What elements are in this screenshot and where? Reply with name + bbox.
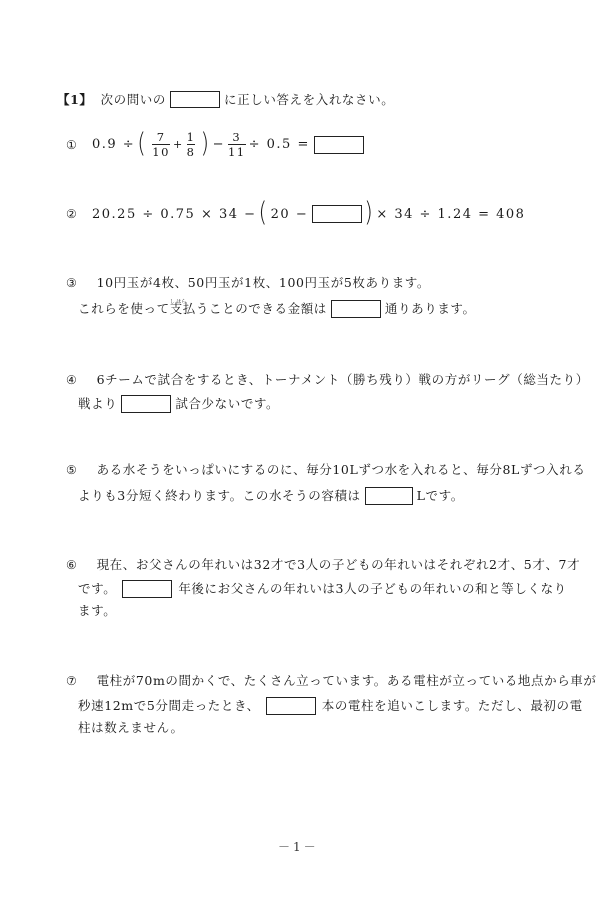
- ruby-word: し はら 支払: [170, 301, 196, 317]
- section-header: 【1】 次の問いの に正しい答えを入れなさい。: [57, 91, 394, 108]
- instruction-text-after: に正しい答えを入れなさい。: [224, 92, 394, 108]
- question-text: 年後にお父さんの年れいは3人の子どもの年れいの和と等しくなり: [178, 581, 566, 597]
- question-text: 戦より: [78, 396, 117, 412]
- question-text: 現在、お父さんの年れいは32才で3人の子どもの年れいはそれぞれ2才、5才、7才: [97, 557, 581, 572]
- question-7-line2: 秒速12mで5分間走ったとき、 本の電柱を追いこします。ただし、最初の電: [78, 697, 583, 715]
- expression-part: 0.9 ÷: [92, 137, 135, 152]
- section-label: 【1】: [57, 92, 93, 108]
- answer-box-7[interactable]: [266, 697, 316, 715]
- answer-box-example: [170, 91, 220, 108]
- question-5: ⑤ ある水そうをいっぱいにするのに、毎分10Lずつ水を入れると、毎分8Lずつ入れ…: [66, 462, 585, 478]
- question-text: よりも3分短く終わります。この水そうの容積は: [78, 488, 361, 504]
- question-6-line2: です。 年後にお父さんの年れいは3人の子どもの年れいの和と等しくなり: [78, 580, 567, 598]
- expression-part: 20.25 ÷ 0.75 × 34 −: [92, 207, 257, 222]
- expression-part: × 34 ÷ 1.24 = 408: [376, 207, 525, 222]
- furigana: し はら: [170, 294, 187, 310]
- close-paren: ): [364, 201, 374, 227]
- operator: −: [213, 137, 225, 152]
- numerator: 1: [187, 131, 196, 143]
- close-paren: ): [200, 131, 210, 157]
- question-text: うことのできる金額は: [196, 301, 327, 317]
- question-number: ②: [66, 207, 88, 221]
- question-number: ①: [66, 138, 88, 152]
- question-number: ③: [66, 275, 88, 291]
- answer-box-3[interactable]: [331, 300, 381, 318]
- fraction: 1 8: [187, 131, 196, 158]
- question-number: ④: [66, 372, 88, 388]
- question-text: ある水そうをいっぱいにするのに、毎分10Lずつ水を入れると、毎分8Lずつ入れる: [97, 462, 586, 477]
- question-text: 10円玉が4枚、50円玉が1枚、100円玉が5枚あります。: [97, 275, 430, 290]
- question-text: 柱は数えません。: [78, 720, 184, 735]
- denominator: 11: [228, 146, 246, 158]
- question-text: 電柱が70mの間かくで、たくさん立っています。ある電柱が立っている地点から車が: [97, 673, 597, 688]
- question-4-line2: 戦より 試合少ないです。: [78, 395, 279, 413]
- question-5-line2: よりも3分短く終わります。この水そうの容積は Lです。: [78, 487, 464, 505]
- question-2: ② 20.25 ÷ 0.75 × 34 − ( 20 − ) × 34 ÷ 1.…: [66, 203, 525, 225]
- expression-part: 20 −: [271, 207, 309, 222]
- question-text: 試合少ないです。: [175, 396, 279, 412]
- question-text: 通りあります。: [385, 301, 476, 317]
- question-text: Lです。: [417, 488, 464, 504]
- question-text: 本の電柱を追いこします。ただし、最初の電: [322, 698, 583, 714]
- numerator: 3: [232, 131, 241, 143]
- question-3-line2: これらを使って し はら 支払 うことのできる金額は 通りあります。: [78, 300, 476, 318]
- question-3: ③ 10円玉が4枚、50円玉が1枚、100円玉が5枚あります。: [66, 275, 430, 291]
- answer-box-1[interactable]: [314, 136, 364, 154]
- denominator: 10: [152, 146, 170, 158]
- instruction-text-before: 次の問いの: [101, 92, 167, 108]
- denominator: 8: [187, 146, 196, 158]
- question-6: ⑥ 現在、お父さんの年れいは32才で3人の子どもの年れいはそれぞれ2才、5才、7…: [66, 557, 580, 573]
- answer-box-6[interactable]: [122, 580, 172, 598]
- question-7: ⑦ 電柱が70mの間かくで、たくさん立っています。ある電柱が立っている地点から車…: [66, 673, 597, 689]
- answer-box-5[interactable]: [365, 487, 413, 505]
- question-text: です。: [78, 581, 116, 597]
- question-text: ます。: [78, 603, 116, 618]
- question-text: 6チームで試合をするとき、トーナメント（勝ち残り）戦の方がリーグ（総当たり）: [97, 372, 589, 387]
- expression-part: ÷ 0.5 =: [249, 137, 310, 152]
- answer-box-4[interactable]: [121, 395, 171, 413]
- question-text: 秒速12mで5分間走ったとき、: [78, 698, 260, 714]
- open-paren: (: [259, 201, 269, 227]
- question-text: これらを使って: [78, 301, 170, 317]
- page-number: －1－: [278, 838, 319, 855]
- fraction: 3 11: [228, 131, 246, 158]
- open-paren: (: [137, 131, 147, 157]
- question-1: ① 0.9 ÷ ( 7 10 + 1 8 ) − 3 11 ÷ 0.5 =: [66, 131, 364, 158]
- question-number: ⑤: [66, 462, 88, 478]
- operator: +: [173, 138, 184, 151]
- question-number: ⑦: [66, 673, 88, 689]
- answer-box-2[interactable]: [312, 205, 362, 223]
- numerator: 7: [157, 131, 166, 143]
- fraction: 7 10: [152, 131, 170, 158]
- question-6-line3: ます。: [78, 603, 116, 619]
- question-number: ⑥: [66, 557, 88, 573]
- question-4: ④ 6チームで試合をするとき、トーナメント（勝ち残り）戦の方がリーグ（総当たり）: [66, 372, 589, 388]
- question-7-line3: 柱は数えません。: [78, 720, 184, 736]
